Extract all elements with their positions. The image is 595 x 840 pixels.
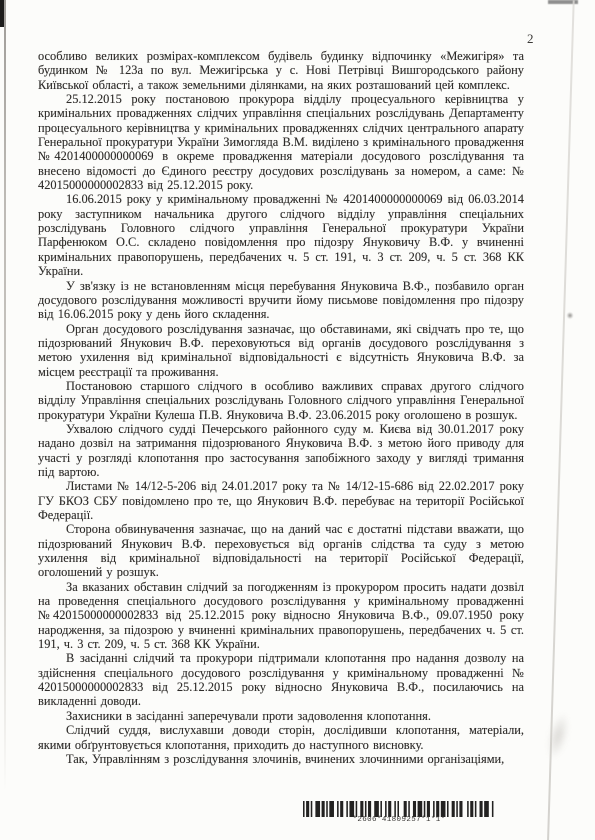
paragraph: Постановою старшого слідчого в особливо … — [38, 379, 524, 422]
paragraph: За вказаних обставин слідчий за погоджен… — [38, 580, 524, 652]
scan-artifact-left-edge-line — [4, 0, 6, 792]
scanned-document-page: 2 особливо великих розмірах-комплексом б… — [0, 0, 595, 840]
paragraph: В засіданні слідчий та прокурори підтрим… — [38, 651, 524, 708]
scan-artifact-smudge — [543, 710, 573, 761]
barcode-bars-icon — [303, 801, 495, 817]
barcode-text: *2606*41809257*1*1* — [303, 816, 495, 824]
barcode: *2606*41809257*1*1* — [303, 801, 495, 824]
paragraph: Слідчий суддя, вислухавши доводи сторін,… — [38, 723, 524, 752]
paragraph: Сторона обвинувачення зазначає, що на да… — [38, 522, 524, 579]
paragraph: Орган досудового розслідування зазначає,… — [38, 322, 524, 379]
scan-artifact-smudge — [567, 312, 573, 319]
paragraph: Захисники в засіданні заперечували проти… — [38, 709, 524, 723]
document-body: особливо великих розмірах-комплексом буд… — [38, 49, 524, 766]
page-number: 2 — [527, 31, 534, 47]
paragraph: особливо великих розмірах-комплексом буд… — [38, 49, 524, 92]
paragraph: Ухвалою слідчого судді Печерського район… — [38, 422, 524, 479]
paragraph: Так, Управлінням з розслідування злочині… — [38, 752, 524, 766]
paragraph: 16.06.2015 року у кримінальному провадже… — [38, 192, 524, 278]
paragraph: 25.12.2015 року постановою прокурора від… — [38, 92, 524, 192]
paragraph: У зв'язку із не встановленням місця пере… — [38, 279, 524, 322]
paragraph: Листами № 14/12-5-206 від 24.01.2017 рок… — [38, 479, 524, 522]
